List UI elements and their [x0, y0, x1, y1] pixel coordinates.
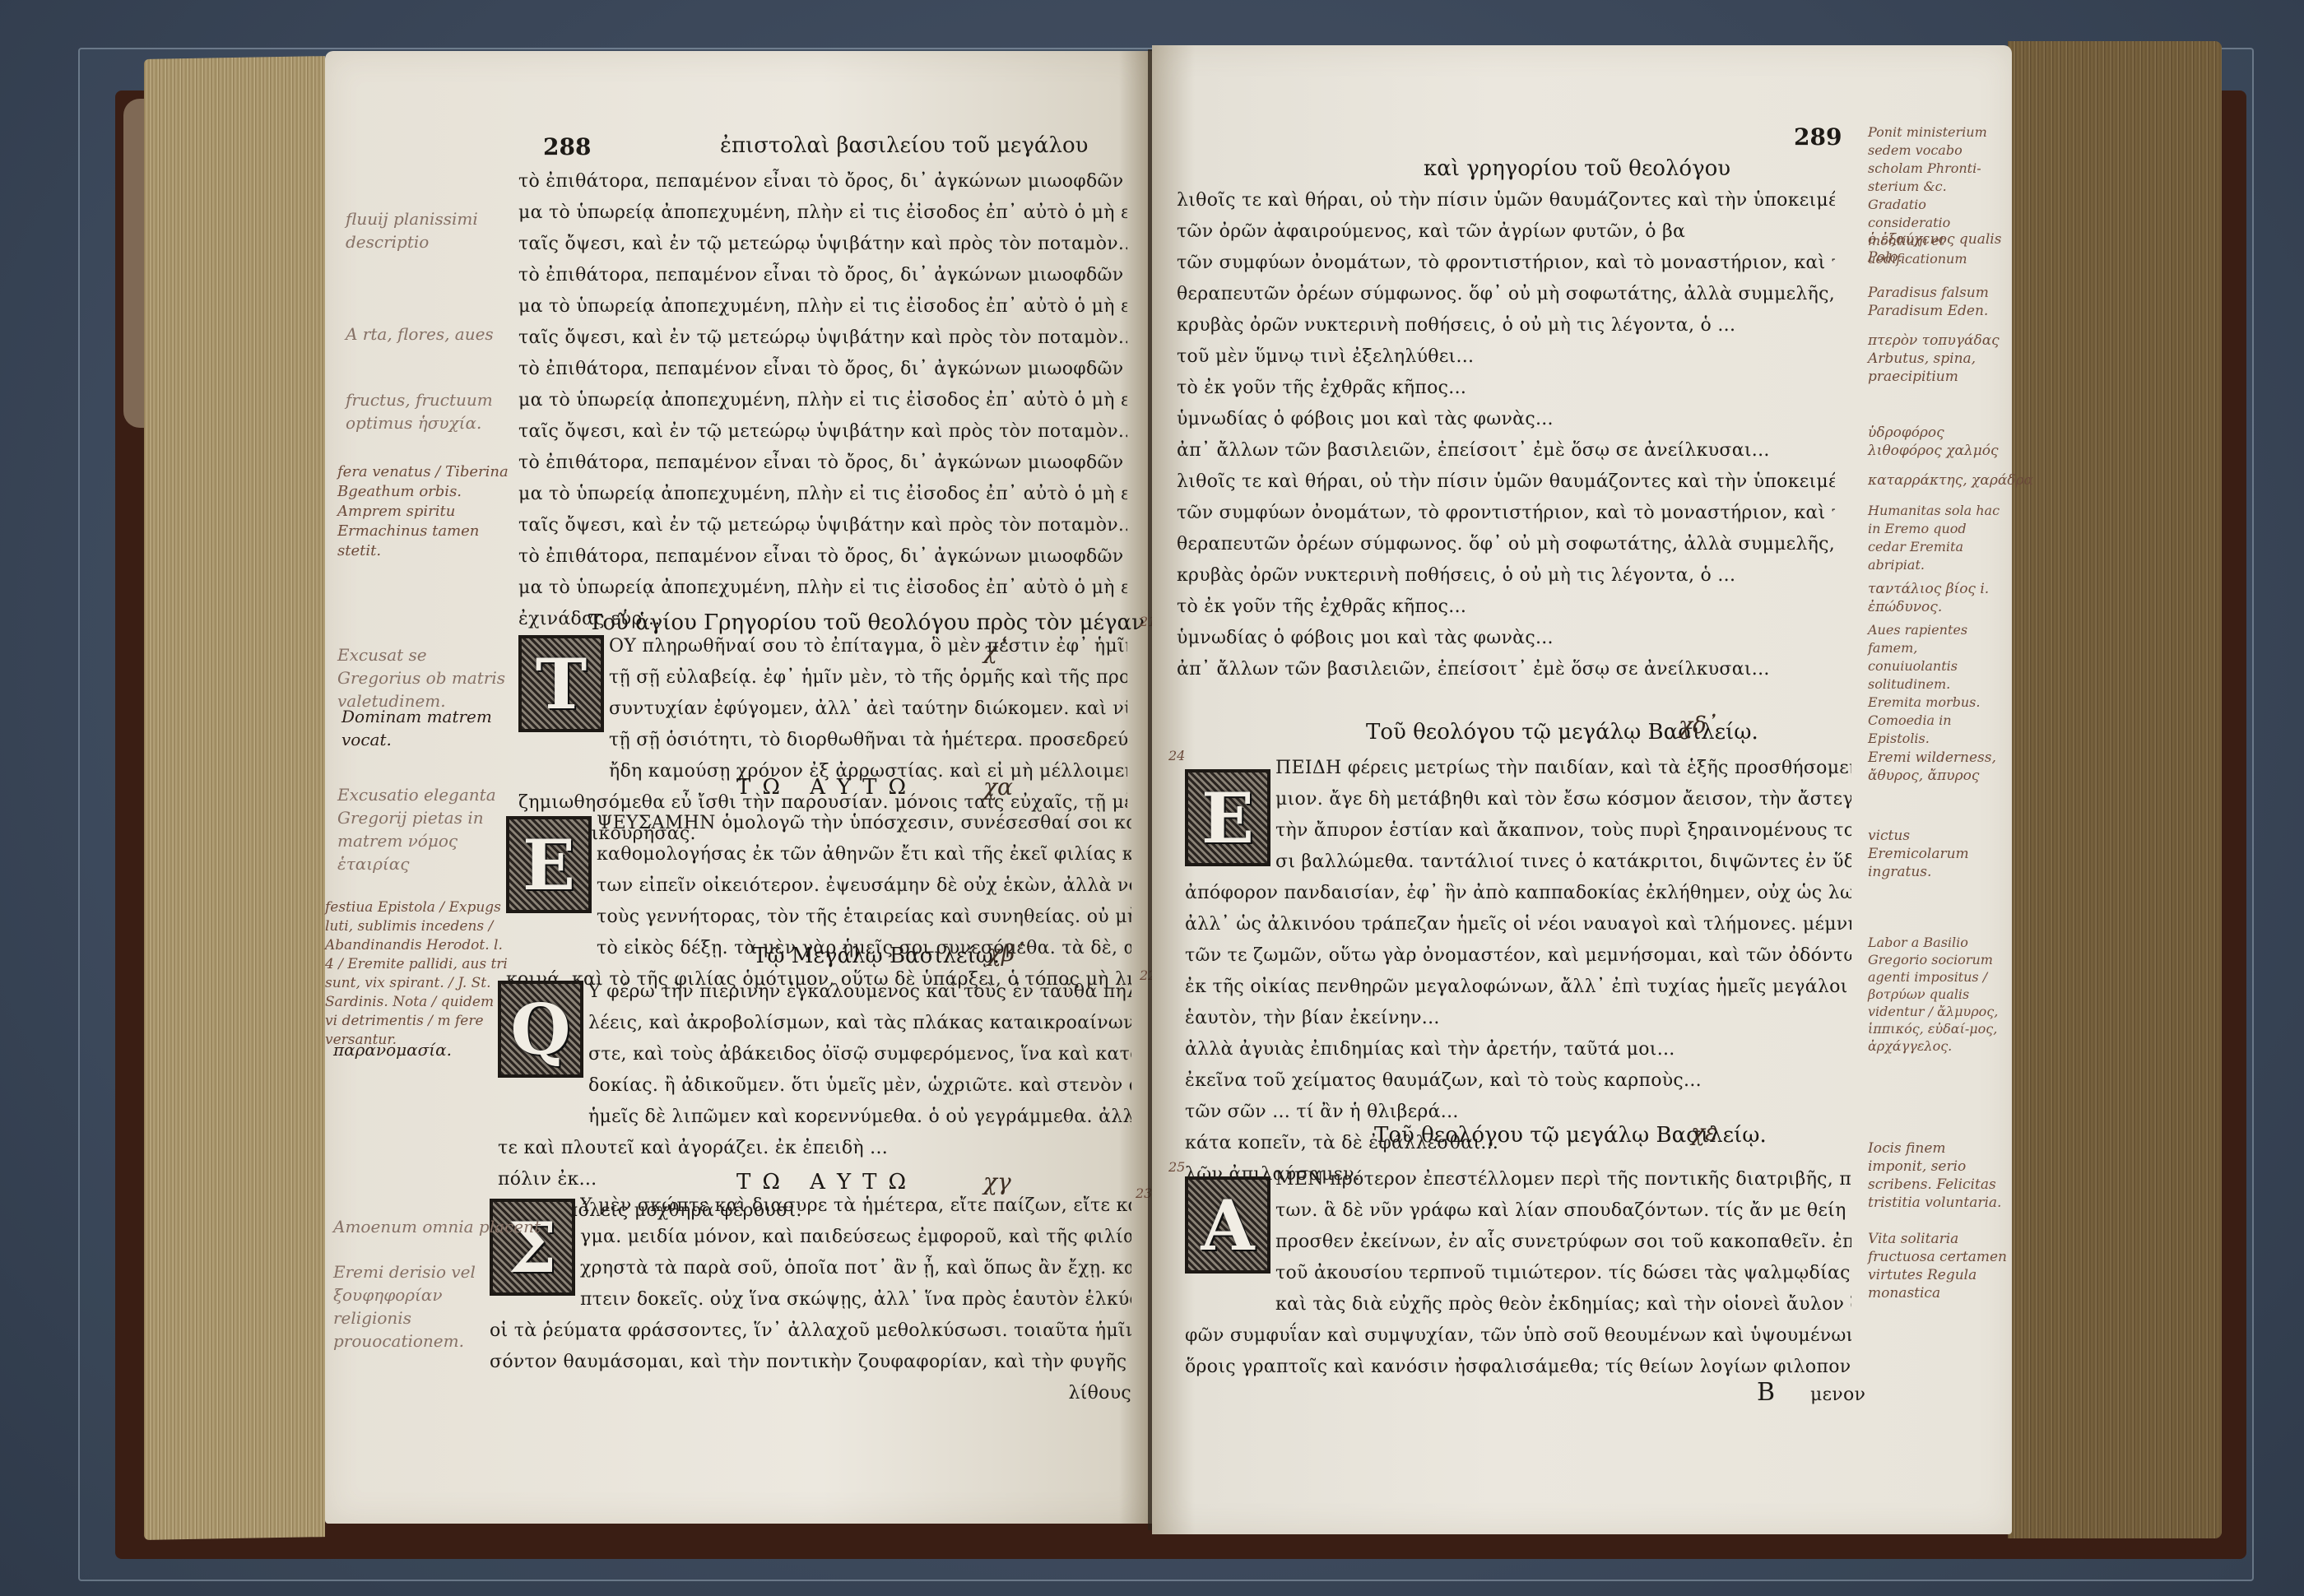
text-line: ἀπ᾽ ἄλλων τῶν βασιλειῶν, ἐπείσοιτ᾽ ἐμὲ ὅ…: [1177, 435, 1835, 466]
marginal-note: Amoenum omnia placent: [333, 1215, 541, 1238]
letter-number: χα: [983, 773, 1013, 800]
text-line: τοῦ μὲν ὕμνῳ τινὶ ἐξεληλύθει...: [1177, 341, 1835, 373]
text-line: λιθοῖς τε καὶ θήραι, οὐ τὴν πίσιν ὑμῶν θ…: [1177, 185, 1835, 216]
text-line: τῶν συμφύων ὀνομάτων, τὸ φροντιστήριον, …: [1177, 498, 1835, 529]
marginal-note: Arbutus, spina, praecipitium: [1868, 350, 2008, 386]
text-line: ὑμνωδίας ὁ φόβοις μοι καὶ τὰς φωνὰς...: [1177, 404, 1835, 435]
catchword-text: μενον: [1810, 1380, 1865, 1411]
text-line: λιθοῖς τε καὶ θήραι, οὐ τὴν πίσιν ὑμῶν θ…: [1177, 466, 1835, 498]
marginal-note: Excusat se Gregorius ob matris valetudin…: [337, 643, 510, 712]
text-line: λέεις, καὶ ἀκροβολίσμων, καὶ τὰς πλάκας …: [588, 1008, 1131, 1039]
letter-text: ΟΥ πληρωθῆναί σου τὸ ἐπίταγμα, ὃ μὲν πέσ…: [609, 631, 1127, 787]
letter-text-cont: οἱ τὰ ῥεύματα φράσσοντες, ἵν᾽ ἀλλαχοῦ με…: [490, 1315, 1131, 1409]
marginal-note: Eremi wilderness, ἄθυρος, ἄπυρος: [1868, 749, 2008, 785]
margin-number: 24: [1168, 745, 1185, 768]
text-line: προσθεν ἐκείνων, ἐν αἷς συνετρύφων σοι τ…: [1275, 1227, 1851, 1258]
text-line: τὴν ἄπυρον ἑστίαν καὶ ἄκαπνον, τοὺς πυρὶ…: [1275, 815, 1851, 847]
text-line: μα τὸ ὑπωρείᾳ ἀποπεχυμένη, πλὴν εἰ τις ἐ…: [518, 573, 1127, 604]
text-line: τὸ ἐκ γοῦν τῆς ἐχθρᾶς κῆπος...: [1177, 592, 1835, 623]
text-line: ταῖς ὄψεσι, καὶ ἐν τῷ μετεώρῳ ὑψιβάτην κ…: [518, 322, 1127, 354]
text-line: τὸ ἐπιθάτορα, πεπαμένον εἶναι τὸ ὄρος, δ…: [518, 354, 1127, 385]
text-line: κρυβὰς ὀρῶν νυκτερινὴ ποθήσεις, ὁ οὐ μὴ …: [1177, 560, 1835, 592]
marginal-note: ταντάλιος βίος i. ἐπώδυνος.: [1868, 580, 2008, 616]
left-page: 288 ἐπιστολαὶ βασιλείου τοῦ μεγάλου τὸ ἐ…: [325, 51, 1152, 1524]
margin-number: 25: [1168, 1156, 1185, 1179]
text-line: τὸ ἐπιθάτορα, πεπαμένον εἶναι τὸ ὄρος, δ…: [518, 448, 1127, 479]
decorated-initial: Q: [498, 981, 583, 1078]
text-line: ἡμεῖς δὲ λιπῶμεν καὶ κορεννύμεθα. ὁ οὐ γ…: [588, 1102, 1131, 1133]
marginal-note: fera venatus / Tiberina Bgeathum orbis. …: [337, 462, 510, 561]
marginal-note: πτερὸν τοπυγάδας: [1868, 329, 2000, 352]
marginal-note: Iocis finem imponit, serio scribens. Fel…: [1868, 1139, 2008, 1212]
marginal-note: Aues rapientes famem, conuiuolantis soli…: [1868, 621, 2008, 748]
text-line: καθομολογήσας ἐκ τῶν ἀθηνῶν ἔτι καὶ τῆς …: [597, 839, 1131, 870]
letter-heading: Τῷ Μεγάλῳ Βασιλείῳ.: [753, 944, 1000, 968]
marginal-note: ὑδροφόρος λιθοφόρος χαλμός: [1868, 424, 2008, 460]
text-line: ΨΕΥΣΑΜΗΝ ὁμολογῶ τὴν ὑπόσχεσιν, συνέσεσθ…: [597, 808, 1131, 839]
text-line: τε καὶ πλουτεῖ καὶ ἀγοράζει. ἐκ ἐπειδὴ .…: [498, 1133, 1131, 1164]
marginal-note: Labor a Basilio Gregorio sociorum agenti…: [1868, 934, 2008, 1055]
text-line: θεραπευτῶν ὀρέων σύμφωνος. ὅφ᾽ οὐ μὴ σοφ…: [1177, 279, 1835, 310]
text-line: μα τὸ ὑπωρείᾳ ἀποπεχυμένη, πλὴν εἰ τις ἐ…: [518, 197, 1127, 229]
letter-number: χε: [1691, 1119, 1717, 1146]
text-line: οἱ τὰ ῥεύματα φράσσοντες, ἵν᾽ ἀλλαχοῦ με…: [490, 1315, 1131, 1347]
right-page-edges: [2008, 41, 2222, 1538]
text-line: ταῖς ὄψεσι, καὶ ἐν τῷ μετεώρῳ ὑψιβάτην κ…: [518, 416, 1127, 448]
marginal-note: Eremi derisio vel ξουφηφορίαν religionis…: [333, 1260, 514, 1352]
catchword: λίθους: [490, 1378, 1131, 1409]
letter-number: χβ᾽: [987, 940, 1026, 967]
text-line: τοὺς γεννήτορας, τὸν τῆς ἑταιρείας καὶ σ…: [597, 902, 1131, 933]
text-line: γμα. μειδία μόνον, καὶ παιδεύσεως ἐμφορο…: [580, 1222, 1131, 1253]
text-line: τῶν συμφύων ὀνομάτων, τὸ φροντιστήριον, …: [1177, 248, 1835, 279]
letter-text: Υ μὲν σκώπτε καὶ διασυρε τὰ ἡμέτερα, εἴτ…: [580, 1190, 1131, 1315]
marginal-note: ὁ ἐξαύχενος qualis Polo.: [1868, 230, 2008, 267]
text-line: μα τὸ ὑπωρείᾳ ἀποπεχυμένη, πλὴν εἰ τις ἐ…: [518, 385, 1127, 416]
catchword: μενον: [1810, 1380, 1865, 1411]
decorated-initial: E: [1185, 769, 1270, 866]
text-line: ΟΥ πληρωθῆναί σου τὸ ἐπίταγμα, ὃ μὲν πέσ…: [609, 631, 1127, 662]
text-line: μιον. ἄγε δὴ μετάβηθι καὶ τὸν ἔσω κόσμον…: [1275, 784, 1851, 815]
text-line: συντυχίαν ἐφύγομεν, ἀλλ᾽ ἀεὶ ταύτην διώκ…: [609, 694, 1127, 725]
letter-text-cont: φῶν συμφυΐαν καὶ συμψυχίαν, τῶν ὑπὸ σοῦ …: [1185, 1320, 1851, 1383]
text-line: καὶ τὰς διὰ εὐχῆς πρὸς θεὸν ἐκδημίας; κα…: [1275, 1289, 1851, 1320]
text-line: ταῖς ὄψεσι, καὶ ἐν τῷ μετεώρῳ ὑψιβάτην κ…: [518, 510, 1127, 541]
text-line: ἀλλὰ ἀγυιὰς ἐπιδημίας καὶ τὴν ἀρετήν, τα…: [1185, 1034, 1851, 1065]
text-line: ἑαυτὸν, τὴν βίαν ἐκείνην...: [1185, 1003, 1851, 1034]
letter-text: ΠΕΙΔΗ φέρεις μετρίως τὴν παιδίαν, καὶ τὰ…: [1275, 753, 1851, 878]
page-number: 289: [1794, 123, 1842, 151]
text-line: των. ἃ δὲ νῦν γράφω καὶ λίαν σπουδαζόντω…: [1275, 1195, 1851, 1227]
marginal-note: Paradisus falsum Paradisum Eden.: [1868, 284, 2008, 320]
text-line: ὅροις γραπτοῖς καὶ κανόσιν ἠσφαλισάμεθα;…: [1185, 1352, 1851, 1383]
marginal-note: festiua Epistola / Expugs luti, sublimis…: [325, 898, 510, 1050]
letter-text: Υ φέρω τὴν πιερινὴν ἐγκαλούμενος καὶ τοὺ…: [588, 977, 1131, 1133]
right-page: 289 καὶ γρηγορίου τοῦ θεολόγου λιθοῖς τε…: [1152, 45, 2012, 1534]
letter-text: ΨΕΥΣΑΜΗΝ ὁμολογῶ τὴν ὑπόσχεσιν, συνέσεσθ…: [597, 808, 1131, 964]
marginal-note: Excusatio eleganta Gregorij pietas in ma…: [337, 783, 510, 875]
letter-number: χδ᾽: [1679, 712, 1718, 739]
text-line: χρηστὰ τὰ παρὰ σοῦ, ὁποῖα ποτ᾽ ἂν ᾖ, καὶ…: [580, 1253, 1131, 1284]
text-line: σόντον θαυμάσομαι, καὶ τὴν ποντικὴν ζουφ…: [490, 1347, 1131, 1378]
running-head: ἐπιστολαὶ βασιλείου τοῦ μεγάλου: [720, 133, 1088, 158]
text-line: ἀπόφορον πανδαισίαν, ἐφ᾽ ἣν ἀπὸ καππαδοκ…: [1185, 878, 1851, 909]
text-line: ὑμνωδίας ὁ φόβοις μοι καὶ τὰς φωνὰς...: [1177, 623, 1835, 654]
text-line: τοῦ ἀκουσίου τερπνοῦ τιμιώτερον. τίς δώσ…: [1275, 1258, 1851, 1289]
marginal-note: A rta, flores, aues: [346, 322, 494, 346]
text-line: τὸ ἐπιθάτορα, πεπαμένον εἶναι τὸ ὄρος, δ…: [518, 260, 1127, 291]
text-line: κρυβὰς ὀρῶν νυκτερινὴ ποθήσεις, ὁ οὐ μὴ …: [1177, 310, 1835, 341]
page-number: 288: [543, 133, 591, 160]
marginal-note: Dominam matrem vocat.: [341, 705, 506, 751]
decorated-initial: T: [518, 635, 604, 732]
text-line: τῇ σῇ εὐλαβείᾳ. ἐφ᾽ ἡμῖν μὲν, τὸ τῆς ὁρμ…: [609, 662, 1127, 694]
text-line: στε, καὶ τοὺς ἀβάκειδος ὀϊσῷ συμφερόμενο…: [588, 1039, 1131, 1070]
text-line: μα τὸ ὑπωρείᾳ ἀποπεχυμένη, πλὴν εἰ τις ἐ…: [518, 291, 1127, 322]
text-line: μα τὸ ὑπωρείᾳ ἀποπεχυμένη, πλὴν εἰ τις ἐ…: [518, 479, 1127, 510]
marginal-note: fluuij planissimi descriptio: [346, 207, 510, 253]
text-line: δοκίας. ἢ ἀδικοῦμεν. ὅτι ὑμεῖς μὲν, ὡχρι…: [588, 1070, 1131, 1102]
text-line: τῇ σῇ ὁσιότητι, τὸ διορθωθῆναι τὰ ἡμέτερ…: [609, 725, 1127, 756]
text-line: Υ φέρω τὴν πιερινὴν ἐγκαλούμενος καὶ τοὺ…: [588, 977, 1131, 1008]
text-line: ἐκεῖνα τοῦ χείματος θαυμάζων, καὶ τὸ τοὺ…: [1185, 1065, 1851, 1097]
text-line: τὸ ἐπιθάτορα, πεπαμένον εἶναι τὸ ὄρος, δ…: [518, 541, 1127, 573]
text-line: ΠΕΙΔΗ φέρεις μετρίως τὴν παιδίαν, καὶ τὰ…: [1275, 753, 1851, 784]
text-line: ἀπ᾽ ἄλλων τῶν βασιλειῶν, ἐπείσοιτ᾽ ἐμὲ ὅ…: [1177, 654, 1835, 685]
text-line: τὸ ἐκ γοῦν τῆς ἐχθρᾶς κῆπος...: [1177, 373, 1835, 404]
top-text-block: λιθοῖς τε καὶ θήραι, οὐ τὴν πίσιν ὑμῶν θ…: [1177, 185, 1835, 685]
text-line: ἀλλ᾽ ὡς ἀλκινόου τράπεζαν ἡμεῖς οἱ νέοι …: [1185, 909, 1851, 940]
text-line: τῶν τε ζωμῶν, οὕτω γὰρ ὀνομαστέον, καὶ μ…: [1185, 940, 1851, 972]
text-line: ΜΕΝ πρότερον ἐπεστέλλομεν περὶ τῆς ποντι…: [1275, 1164, 1851, 1195]
signature-mark: B: [1757, 1378, 1775, 1407]
marginal-note: παρανομασία.: [333, 1038, 452, 1061]
marginal-note: Vita solitaria fructuosa certamen virtut…: [1868, 1230, 2008, 1302]
left-page-edges: [144, 56, 325, 1540]
text-line: τὸ ἐπιθάτορα, πεπαμένον εἶναι τὸ ὄρος, δ…: [518, 166, 1127, 197]
text-line: ταῖς ὄψεσι, καὶ ἐν τῷ μετεώρῳ ὑψιβάτην κ…: [518, 229, 1127, 260]
marginal-note: καταρράκτης, χαράδρα: [1868, 469, 2033, 492]
text-line: των εἰπεῖν οἰκειότερον. ἐψευσάμην δὲ οὐχ…: [597, 870, 1131, 902]
marginal-note: victus Eremicolarum ingratus.: [1868, 827, 2008, 881]
text-line: Υ μὲν σκώπτε καὶ διασυρε τὰ ἡμέτερα, εἴτ…: [580, 1190, 1131, 1222]
decorated-initial: A: [1185, 1176, 1270, 1274]
text-line: θεραπευτῶν ὀρέων σύμφωνος. ὅφ᾽ οὐ μὴ σοφ…: [1177, 529, 1835, 560]
text-line: φῶν συμφυΐαν καὶ συμψυχίαν, τῶν ὑπὸ σοῦ …: [1185, 1320, 1851, 1352]
text-line: ἐκ τῆς οἰκίας πενθηρῶν μεγαλοφώνων, ἄλλ᾽…: [1185, 972, 1851, 1003]
marginal-note: fructus, fructuum optimus ἡσυχία.: [346, 388, 510, 434]
top-text-block: τὸ ἐπιθάτορα, πεπαμένον εἶναι τὸ ὄρος, δ…: [518, 166, 1127, 635]
letter-text: ΜΕΝ πρότερον ἐπεστέλλομεν περὶ τῆς ποντι…: [1275, 1164, 1851, 1320]
text-line: τῶν ὀρῶν ἀφαιρούμενος, καὶ τῶν ἀγρίων φυ…: [1177, 216, 1835, 248]
decorated-initial: E: [506, 816, 592, 913]
running-head: καὶ γρηγορίου τοῦ θεολόγου: [1424, 156, 1730, 181]
text-line: πτειν δοκεῖς. οὐχ ἵνα σκώψῃς, ἀλλ᾽ ἵνα π…: [580, 1284, 1131, 1315]
text-line: σι βαλλώμεθα. ταντάλιοί τινες ὁ κατάκριτ…: [1275, 847, 1851, 878]
letter-heading: ΤΩ ΑΥΤΩ: [736, 775, 917, 800]
marginal-note: Humanitas sola hac in Eremo quod cedar E…: [1868, 502, 2008, 574]
